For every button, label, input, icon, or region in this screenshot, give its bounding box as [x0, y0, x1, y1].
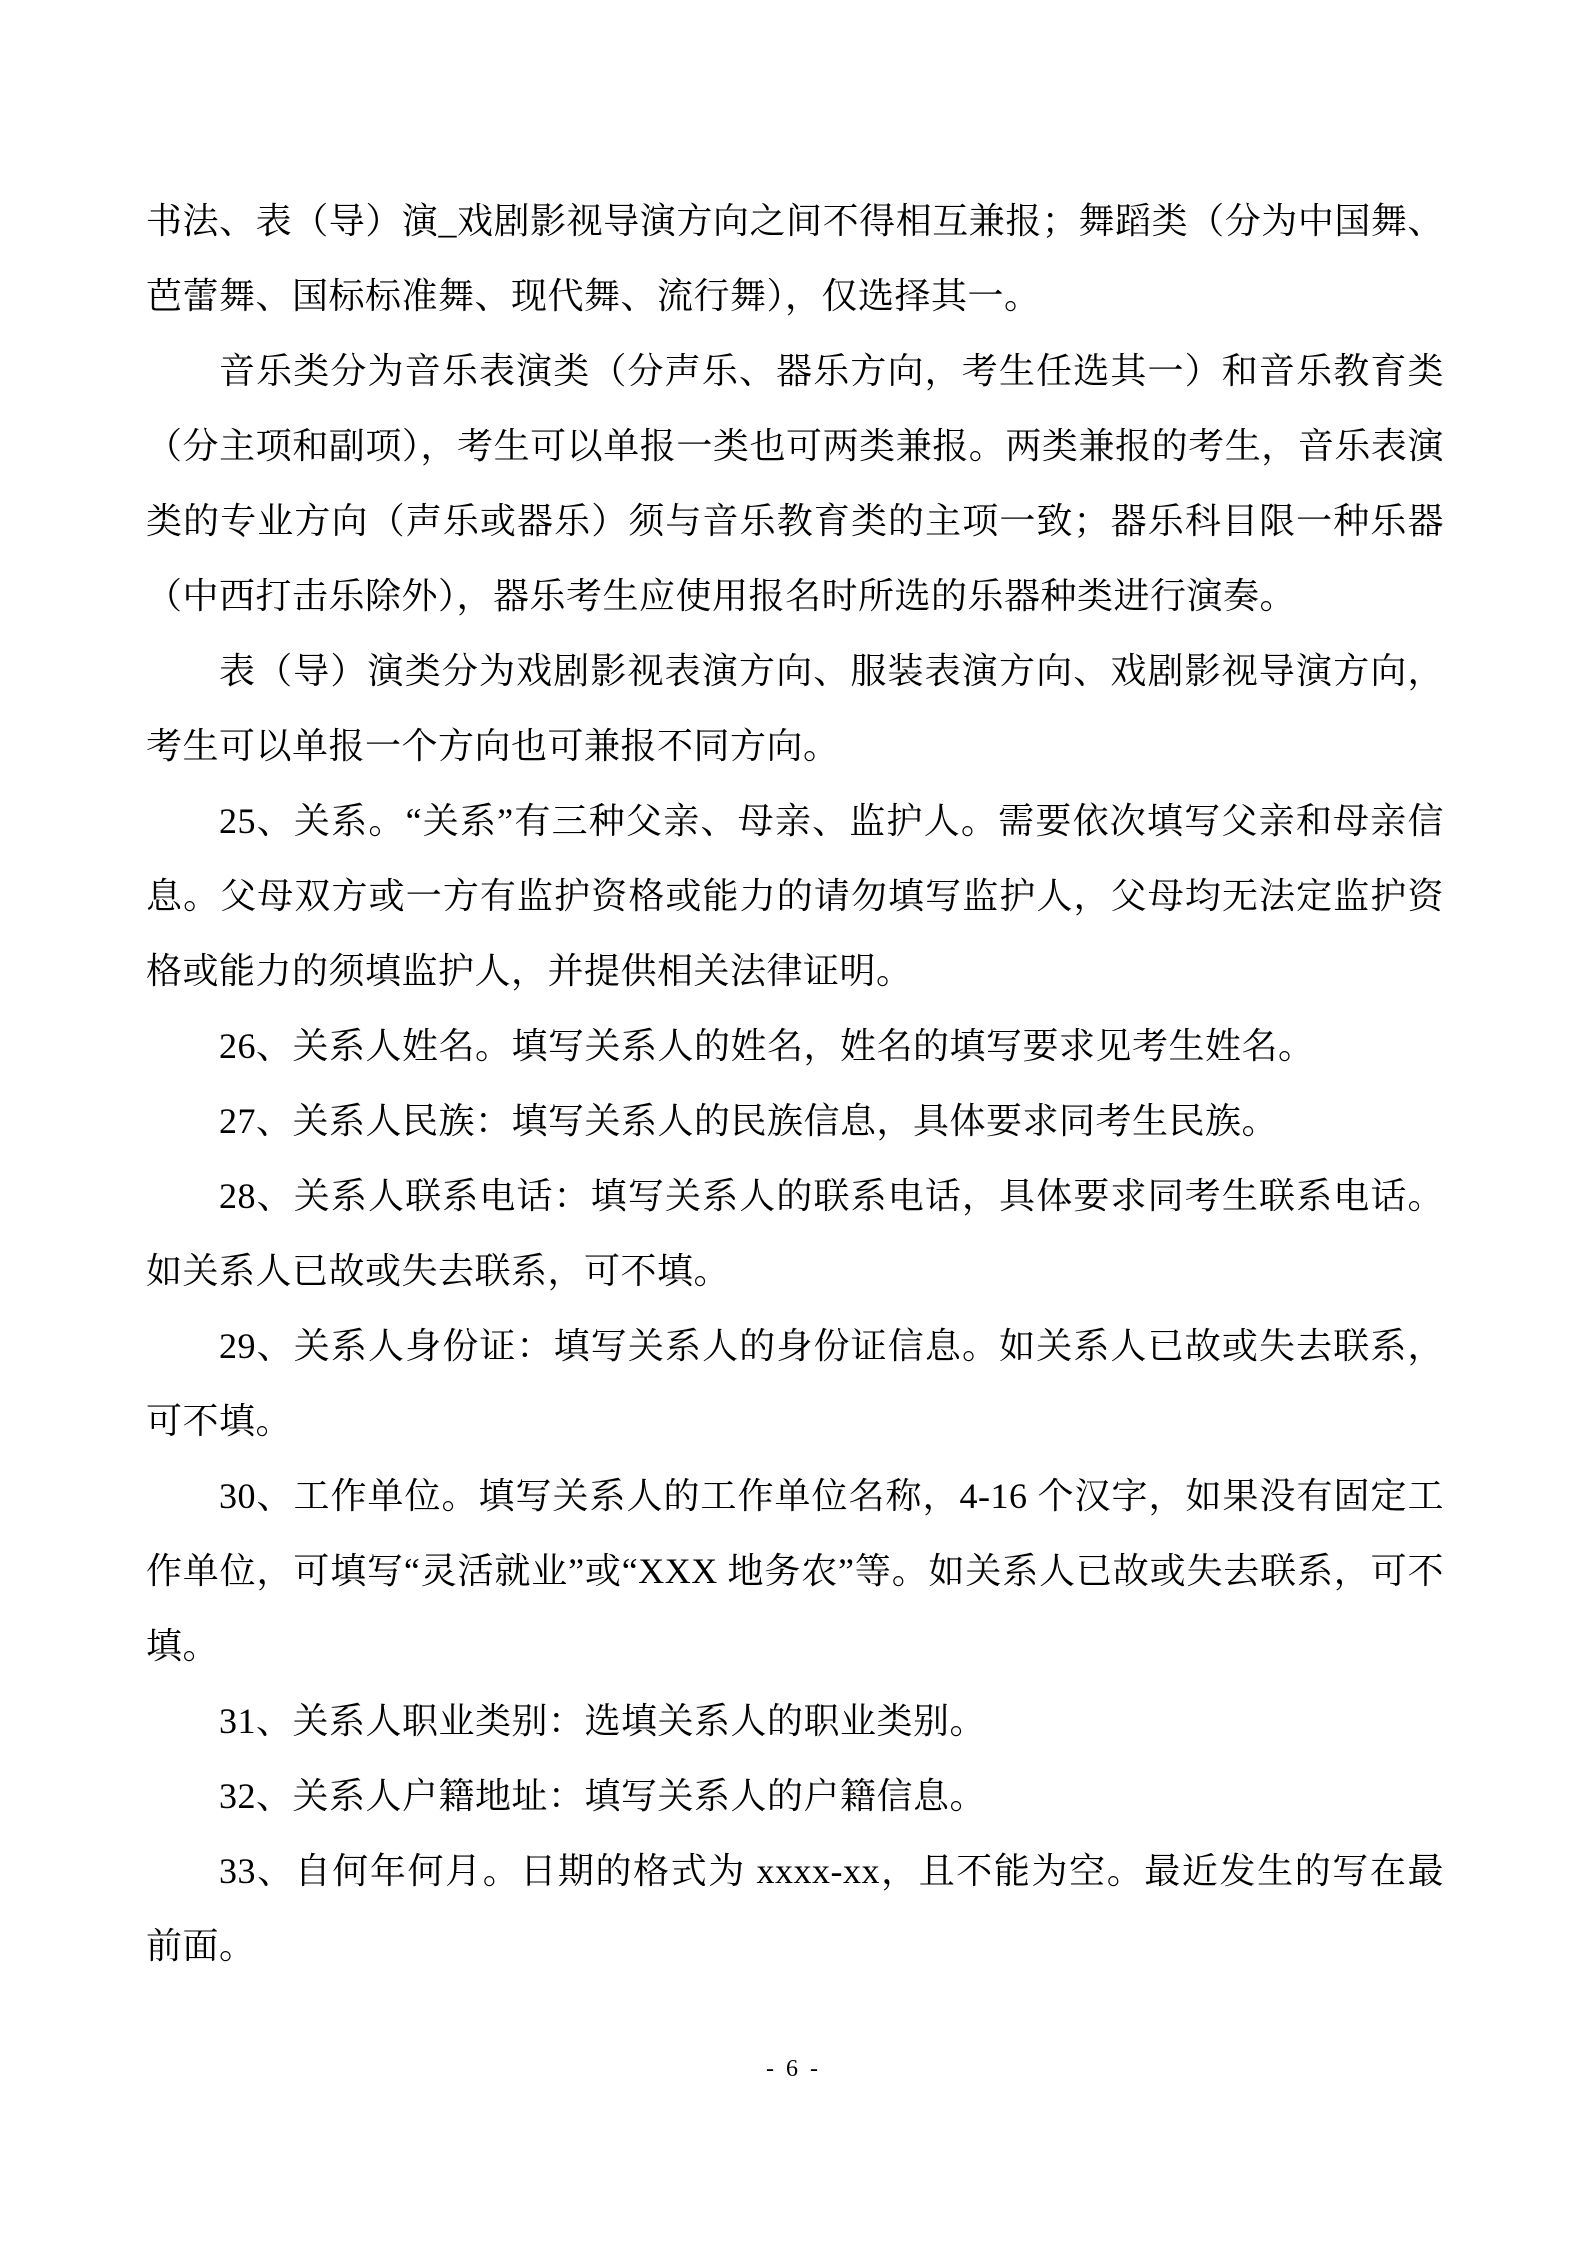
page-number: - 6 - — [0, 2056, 1587, 2083]
document-body: 书法、表（导）演_戏剧影视导演方向之间不得相互兼报；舞蹈类（分为中国舞、芭蕾舞、… — [146, 184, 1444, 1984]
paragraph: 31、关系人职业类别：选填关系人的职业类别。 — [146, 1684, 1444, 1759]
paragraph: 音乐类分为音乐表演类（分声乐、器乐方向，考生任选其一）和音乐教育类（分主项和副项… — [146, 334, 1444, 634]
document-page: 书法、表（导）演_戏剧影视导演方向之间不得相互兼报；舞蹈类（分为中国舞、芭蕾舞、… — [0, 0, 1587, 2245]
paragraph: 书法、表（导）演_戏剧影视导演方向之间不得相互兼报；舞蹈类（分为中国舞、芭蕾舞、… — [146, 184, 1444, 334]
paragraph: 27、关系人民族：填写关系人的民族信息，具体要求同考生民族。 — [146, 1084, 1444, 1159]
paragraph: 33、自何年何月。日期的格式为 xxxx-xx，且不能为空。最近发生的写在最前面… — [146, 1834, 1444, 1984]
paragraph: 29、关系人身份证：填写关系人的身份证信息。如关系人已故或失去联系，可不填。 — [146, 1309, 1444, 1459]
paragraph: 32、关系人户籍地址：填写关系人的户籍信息。 — [146, 1759, 1444, 1834]
paragraph: 表（导）演类分为戏剧影视表演方向、服装表演方向、戏剧影视导演方向，考生可以单报一… — [146, 634, 1444, 784]
paragraph: 26、关系人姓名。填写关系人的姓名，姓名的填写要求见考生姓名。 — [146, 1009, 1444, 1084]
paragraph: 28、关系人联系电话：填写关系人的联系电话，具体要求同考生联系电话。如关系人已故… — [146, 1159, 1444, 1309]
paragraph: 30、工作单位。填写关系人的工作单位名称，4-16 个汉字，如果没有固定工作单位… — [146, 1459, 1444, 1684]
paragraph: 25、关系。“关系”有三种父亲、母亲、监护人。需要依次填写父亲和母亲信息。父母双… — [146, 784, 1444, 1009]
